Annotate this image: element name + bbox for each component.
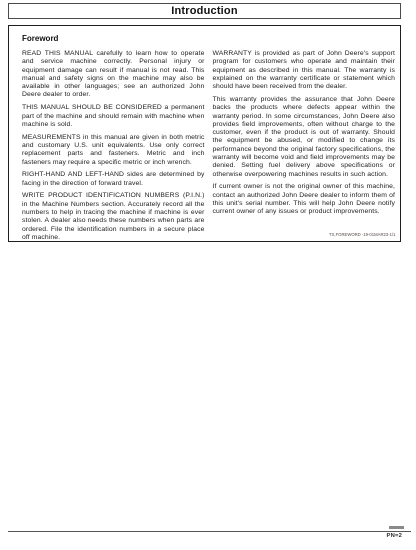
- page-title: Introduction: [171, 5, 238, 17]
- paragraph: If current owner is not the original own…: [213, 183, 396, 216]
- paragraph: MEASUREMENTS in this manual are given in…: [22, 134, 205, 167]
- paragraph: RIGHT-HAND AND LEFT-HAND sides are deter…: [22, 171, 205, 188]
- footer-divider: [8, 531, 411, 532]
- foreword-section: Foreword READ THIS MANUAL carefully to l…: [8, 25, 401, 242]
- manual-page: Introduction Foreword READ THIS MANUAL c…: [0, 0, 416, 550]
- reference-code: TX,FOREWORD -19-01MAR23-1/1: [329, 232, 396, 237]
- foreword-heading: Foreword: [22, 34, 400, 43]
- micro-print-code: [389, 526, 404, 529]
- right-column: WARRANTY is provided as part of John Dee…: [213, 50, 396, 247]
- left-column: READ THIS MANUAL carefully to learn how …: [22, 50, 205, 247]
- paragraph: WARRANTY is provided as part of John Dee…: [213, 50, 396, 91]
- paragraph: READ THIS MANUAL carefully to learn how …: [22, 50, 205, 100]
- page-title-box: Introduction: [8, 3, 401, 19]
- page-number-code: PN=2: [387, 533, 402, 539]
- paragraph: This warranty provides the assurance tha…: [213, 96, 396, 179]
- text-columns: READ THIS MANUAL carefully to learn how …: [9, 50, 400, 247]
- paragraph: THIS MANUAL SHOULD BE CONSIDERED a perma…: [22, 104, 205, 129]
- paragraph: WRITE PRODUCT IDENTIFICATION NUMBERS (P.…: [22, 192, 205, 242]
